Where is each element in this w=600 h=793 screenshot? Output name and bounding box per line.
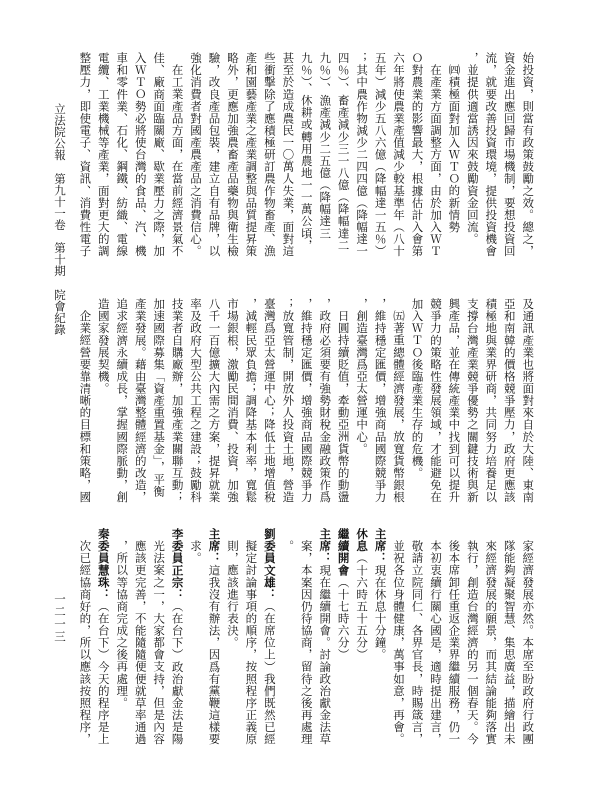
- text-column: ，所以等協商完成之後再處理。: [113, 540, 131, 746]
- speaker-name: 李委員正宗：: [171, 528, 185, 600]
- text-tier-middle: 及通訊產業也將面對來自於大陸、東南 亞和南韓的價格競爭壓力，政府更應該 積極地與…: [76, 298, 537, 504]
- text-tier-bottom: 家經濟發展亦然。本席至盼政府行政團 隊能夠凝聚智慧、集思廣益，描繪出未 來經濟發…: [76, 540, 537, 746]
- speaker-name: 主席：: [208, 528, 222, 564]
- text-column: 加速國際募集「資產重置基金」，平衡: [150, 298, 168, 504]
- text-column: Ｏ對農業的影響最大，根據估計入會第: [408, 52, 426, 258]
- text-column: 臺灣爲亞太營運中心；降低土地增值稅: [260, 298, 278, 504]
- text-column: 驗，改良產品包裝，建立自有品牌，以: [205, 52, 223, 258]
- text-column: 後本席卸任重返企業界繼續服務，仍一: [445, 540, 463, 746]
- resume-time: （十七時六分）: [337, 576, 351, 660]
- speaker-line: 秦委員慧珠：（在台下）今天的程序是上: [94, 528, 112, 746]
- text-column: 流，就要改善投資環境，提供投資機會: [482, 52, 500, 258]
- recess-label: 休息: [355, 528, 369, 552]
- publication-title: 立法院公報: [51, 103, 69, 161]
- speaker-name: 秦委員慧珠：: [97, 528, 111, 600]
- text-column: 九％）、休耕或轉用農地一一萬公頃，: [297, 52, 315, 258]
- speech-text: 現在休息十分鐘。: [374, 564, 388, 660]
- text-column: 本初衷續行關心國是，適時提出建言，: [426, 540, 444, 746]
- text-column: ；其中農作物減少二四四億（降幅達一: [353, 52, 371, 258]
- volume-label: 第九十一卷: [51, 173, 69, 231]
- text-column: 則，應該進行表決。: [224, 540, 242, 746]
- text-column: 些衝擊除了應積極研訂農作物畜產、漁: [260, 52, 278, 258]
- text-column: 支撐台灣產業競爭優勢之關鍵技術與新: [463, 298, 481, 504]
- speech-text: 這我沒有辦法，因爲有黨鞭這樣要: [208, 564, 222, 745]
- text-column: 入ＷＴＯ勢必將使台灣的食品、汽、機: [131, 52, 149, 258]
- speaker-line: 主席：現在休息十分鐘。: [371, 528, 389, 746]
- resume-label: 繼續開會: [337, 528, 351, 576]
- issue-label: 第十期: [51, 242, 69, 277]
- text-column: 造國家發展契機。: [94, 298, 112, 504]
- text-column: 電纜、工業機械等產業，面對更大的調: [94, 52, 112, 258]
- speaker-line: 劉委員文雄：（在席位上）我們既然已經: [260, 528, 278, 746]
- page-number: 一二一三: [51, 593, 69, 643]
- text-column: ，並提供適當誘因來鼓勵資金回流。: [463, 52, 481, 258]
- procedural-line: 繼續開會（十七時六分）: [334, 528, 352, 746]
- text-column: 在工業產品方面，在當前經濟景氣不: [168, 52, 186, 258]
- text-column: 執行，創造台灣經濟的另一個春天。今: [463, 540, 481, 746]
- text-column: 家經濟發展亦然。本席至盼政府行政團: [519, 540, 537, 746]
- text-column: 日圓持續貶值，牽動亞洲貨幣的動盪: [334, 298, 352, 504]
- recess-time: （十六時五十五分）: [355, 552, 369, 661]
- text-column: 資金進出應回歸市場機制，要想投資回: [500, 52, 518, 258]
- text-column: 並祝各位身體健康，萬事如意，再會。: [390, 540, 408, 746]
- text-column: 光法案之一，大家都會支持，但是內容: [150, 540, 168, 746]
- text-column: ，維持穩定匯價，增強商品國際競爭力: [371, 298, 389, 504]
- text-column: 車和零件業、石化、鋼鐵、紡織、電線: [113, 52, 131, 258]
- text-column: 五年）減少五八六億（降幅達一五％）: [371, 52, 389, 258]
- text-column: 在產業方面調整方面，由於加入ＷＴ: [426, 52, 444, 258]
- speech-text: （在台下）政治獻金法是陽: [171, 600, 185, 745]
- text-column: 亞和南韓的價格競爭壓力，政府更應該: [500, 298, 518, 504]
- text-column: 產和園藝產業之產業調整與品質提昇策: [242, 52, 260, 258]
- text-column: 及通訊產業也將面對來自於大陸、東南: [519, 298, 537, 504]
- text-column: 整壓力，即使電子、資訊、消費性電子: [76, 52, 94, 258]
- text-column: ；放寬管制，開放外人投資土地，營造: [279, 298, 297, 504]
- section-heading: ㈣積極面對加入ＷＴＯ的新情勢: [445, 52, 463, 258]
- speech-text: （在席位上）我們既然已經: [263, 600, 277, 745]
- text-column: 四％）、畜產減少三一八億（降幅達二: [334, 52, 352, 258]
- text-column: 隊能夠凝聚智慧、集思廣益，描繪出未: [500, 540, 518, 746]
- text-column: 案，本案因仍待協商，留待之後再處理: [297, 540, 315, 746]
- text-column: 產業發展。藉由臺灣整體經濟的改造，: [131, 298, 149, 504]
- text-column: 追求經濟永續成長，掌握國際脈動，創: [113, 298, 131, 504]
- text-column: 九％）、漁產減少二五億（降幅達三: [316, 52, 334, 258]
- speaker-line: 主席：這我沒有辦法，因爲有黨鞭這樣要: [205, 528, 223, 746]
- text-column: 六年將使農業產值減少較基準年（八十: [390, 52, 408, 258]
- speaker-name: 劉委員文雄：: [263, 528, 277, 600]
- text-column: 求。: [187, 540, 205, 746]
- speech-text: 現在繼續開會。討論政治獻金法草: [318, 564, 332, 745]
- text-column: 略外，更應加強農畜產品藥物與衛生檢: [224, 52, 242, 258]
- text-column: ，創造臺灣爲亞太營運中心。: [353, 298, 371, 504]
- text-column: 興產品，並在傳統產業中找到可以提升: [445, 298, 463, 504]
- text-column: 競爭力的策略性發展領域，才能避免在: [426, 298, 444, 504]
- text-column: 敬請立院同仁、各界官長，時賜箴言，: [408, 540, 426, 746]
- section-heading: ㈤著重總體經濟發展，放寬貨幣銀根: [390, 298, 408, 504]
- section-label: 院會紀錄: [51, 289, 69, 335]
- text-column: 企業經營要靠清晰的目標和策略，國: [76, 298, 94, 504]
- text-column: 。: [279, 540, 297, 746]
- text-column: 擬定討論事項的順序，按照程序正義原: [242, 540, 260, 746]
- text-column: 始投資，則當有政策鼓勵之效。總之，: [519, 52, 537, 258]
- speaker-name: 主席：: [318, 528, 332, 564]
- text-column: 積極地與業界研商，共同努力培養足以: [482, 298, 500, 504]
- text-column: 加入ＷＴＯ後臨產業生存的危機。: [408, 298, 426, 504]
- text-column: 應該更完善，不能隨隨便便就草率通過: [131, 540, 149, 746]
- text-column: 強化消費者對國產農產品之消費信心。: [187, 52, 205, 258]
- text-column: ，政府必須要有強勢財稅金融政策作爲: [316, 298, 334, 504]
- speaker-name: 主席：: [374, 528, 388, 564]
- text-column: 佳、廠商面臨關廠、歇業壓力之際，加: [150, 52, 168, 258]
- speaker-line: 主席：現在繼續開會。討論政治獻金法草: [316, 528, 334, 746]
- text-column: ，維持穩定匯價，增強商品國際競爭力: [297, 298, 315, 504]
- running-header: 立法院公報 第九十一卷 第十期 院會紀錄: [51, 103, 69, 335]
- text-column: 甚至於造成農民一〇萬人失業，面對這: [279, 52, 297, 258]
- text-column: 市場銀根，激勵民間消費、投資，加強: [224, 298, 242, 504]
- speech-text: （在台下）今天的程序是上: [97, 600, 111, 745]
- text-column: 來經濟發展的願景，而其結論能夠落實: [482, 540, 500, 746]
- text-column: 次已經協商好的，所以應該按照程序，: [76, 540, 94, 746]
- text-column: 率及政府大型公共工程之建設；鼓勵科: [187, 298, 205, 504]
- text-column: 技業者自購廠辦，加強產業關聯互動；: [168, 298, 186, 504]
- text-tier-top: 始投資，則當有政策鼓勵之效。總之， 資金進出應回歸市場機制，要想投資回 流，就要…: [76, 52, 537, 258]
- text-column: 八千一百億擴大內需之方案，提昇就業: [205, 298, 223, 504]
- text-column: ，減輕民眾負擔；調降基本利率，寬鬆: [242, 298, 260, 504]
- procedural-line: 休息（十六時五十五分）: [353, 528, 371, 746]
- speaker-line: 李委員正宗：（在台下）政治獻金法是陽: [168, 528, 186, 746]
